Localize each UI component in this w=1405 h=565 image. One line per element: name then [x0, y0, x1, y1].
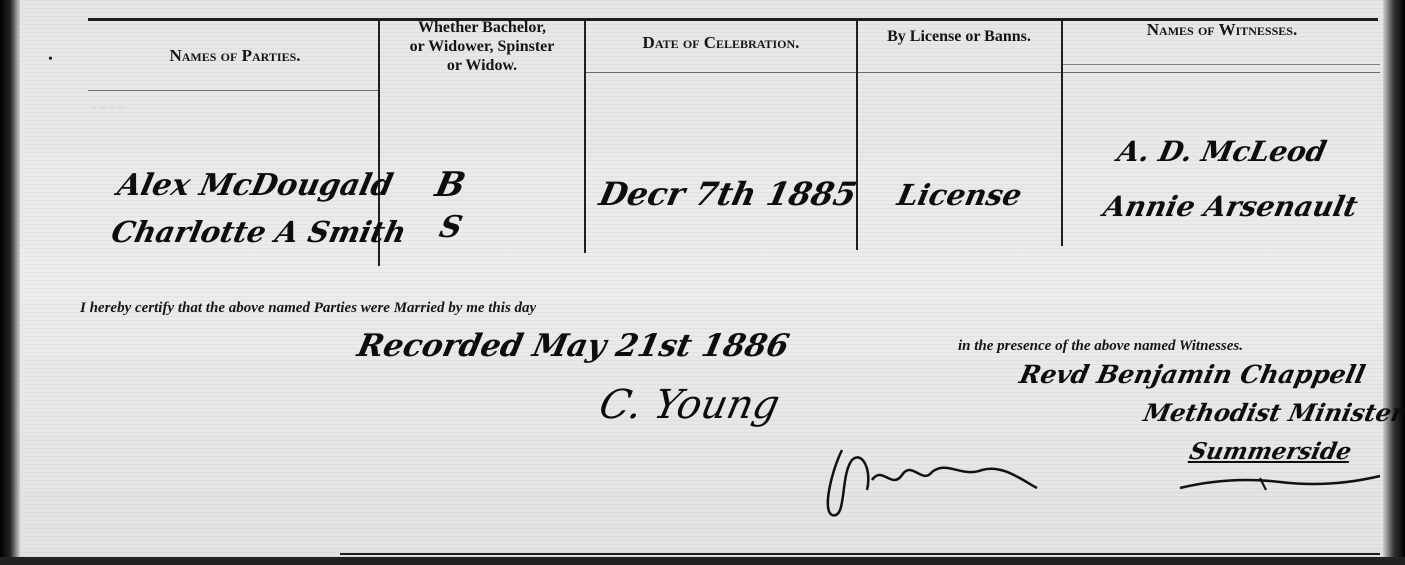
recorded-date: Recorded May 21st 1886 — [354, 328, 792, 364]
minister-flourish-icon — [1170, 468, 1390, 498]
registrar-initials: J.S.W. — [0, 0, 1, 1]
header-license-or-banns: By License or Banns. — [858, 27, 1060, 46]
bottom-rule — [340, 553, 1380, 555]
presence-text: in the presence of the above named Witne… — [958, 338, 1243, 355]
header-marital-status: Whether Bachelor, or Widower, Spinster o… — [380, 18, 584, 75]
license-or-banns-value: License — [894, 178, 1025, 212]
header-underline-names — [88, 90, 378, 91]
column-divider-3 — [856, 18, 858, 250]
witness-1-name: A. D. McLeod — [1114, 135, 1329, 168]
registrar-initials-flourish-icon — [812, 430, 1052, 525]
header-underline-witnesses — [1062, 64, 1380, 65]
page-left-border — [0, 0, 20, 565]
header-names-of-witnesses: Names of Witnesses. — [1064, 20, 1380, 40]
header-underline-right — [585, 72, 1380, 73]
header-status-line-3: or Widow. — [380, 56, 584, 75]
certification-text: I hereby certify that the above named Pa… — [80, 300, 536, 317]
column-divider-4 — [1061, 18, 1063, 246]
header-date-of-celebration: Date of Celebration. — [588, 33, 854, 53]
column-divider-2 — [584, 18, 586, 253]
minister-place: Summerside — [1187, 438, 1354, 465]
header-names-of-parties: Names of Parties. — [110, 46, 360, 66]
bleed-through-text: ~ ~ ~ ~ — [90, 100, 125, 115]
register-page: • Names of Parties. Whether Bachelor, or… — [0, 0, 1405, 565]
minister-name: Revd Benjamin Chappell — [1017, 360, 1368, 389]
witness-2-name: Annie Arsenault — [1100, 190, 1360, 223]
minister-title: Methodist Minister — [1141, 398, 1405, 427]
header-status-line-1: Whether Bachelor, — [380, 18, 584, 37]
party-1-name: Alex McDougald — [114, 168, 396, 203]
margin-dot: • — [48, 52, 53, 68]
party-1-status: B — [432, 165, 469, 205]
party-2-name: Charlotte A Smith — [108, 215, 409, 249]
date-of-celebration: Decr 7th 1885 — [596, 175, 860, 213]
header-status-line-2: or Widower, Spinster — [380, 37, 584, 56]
page-bottom-border — [0, 557, 1405, 565]
party-2-status: S — [436, 210, 465, 245]
registrar-signature: C. Young — [595, 382, 784, 428]
